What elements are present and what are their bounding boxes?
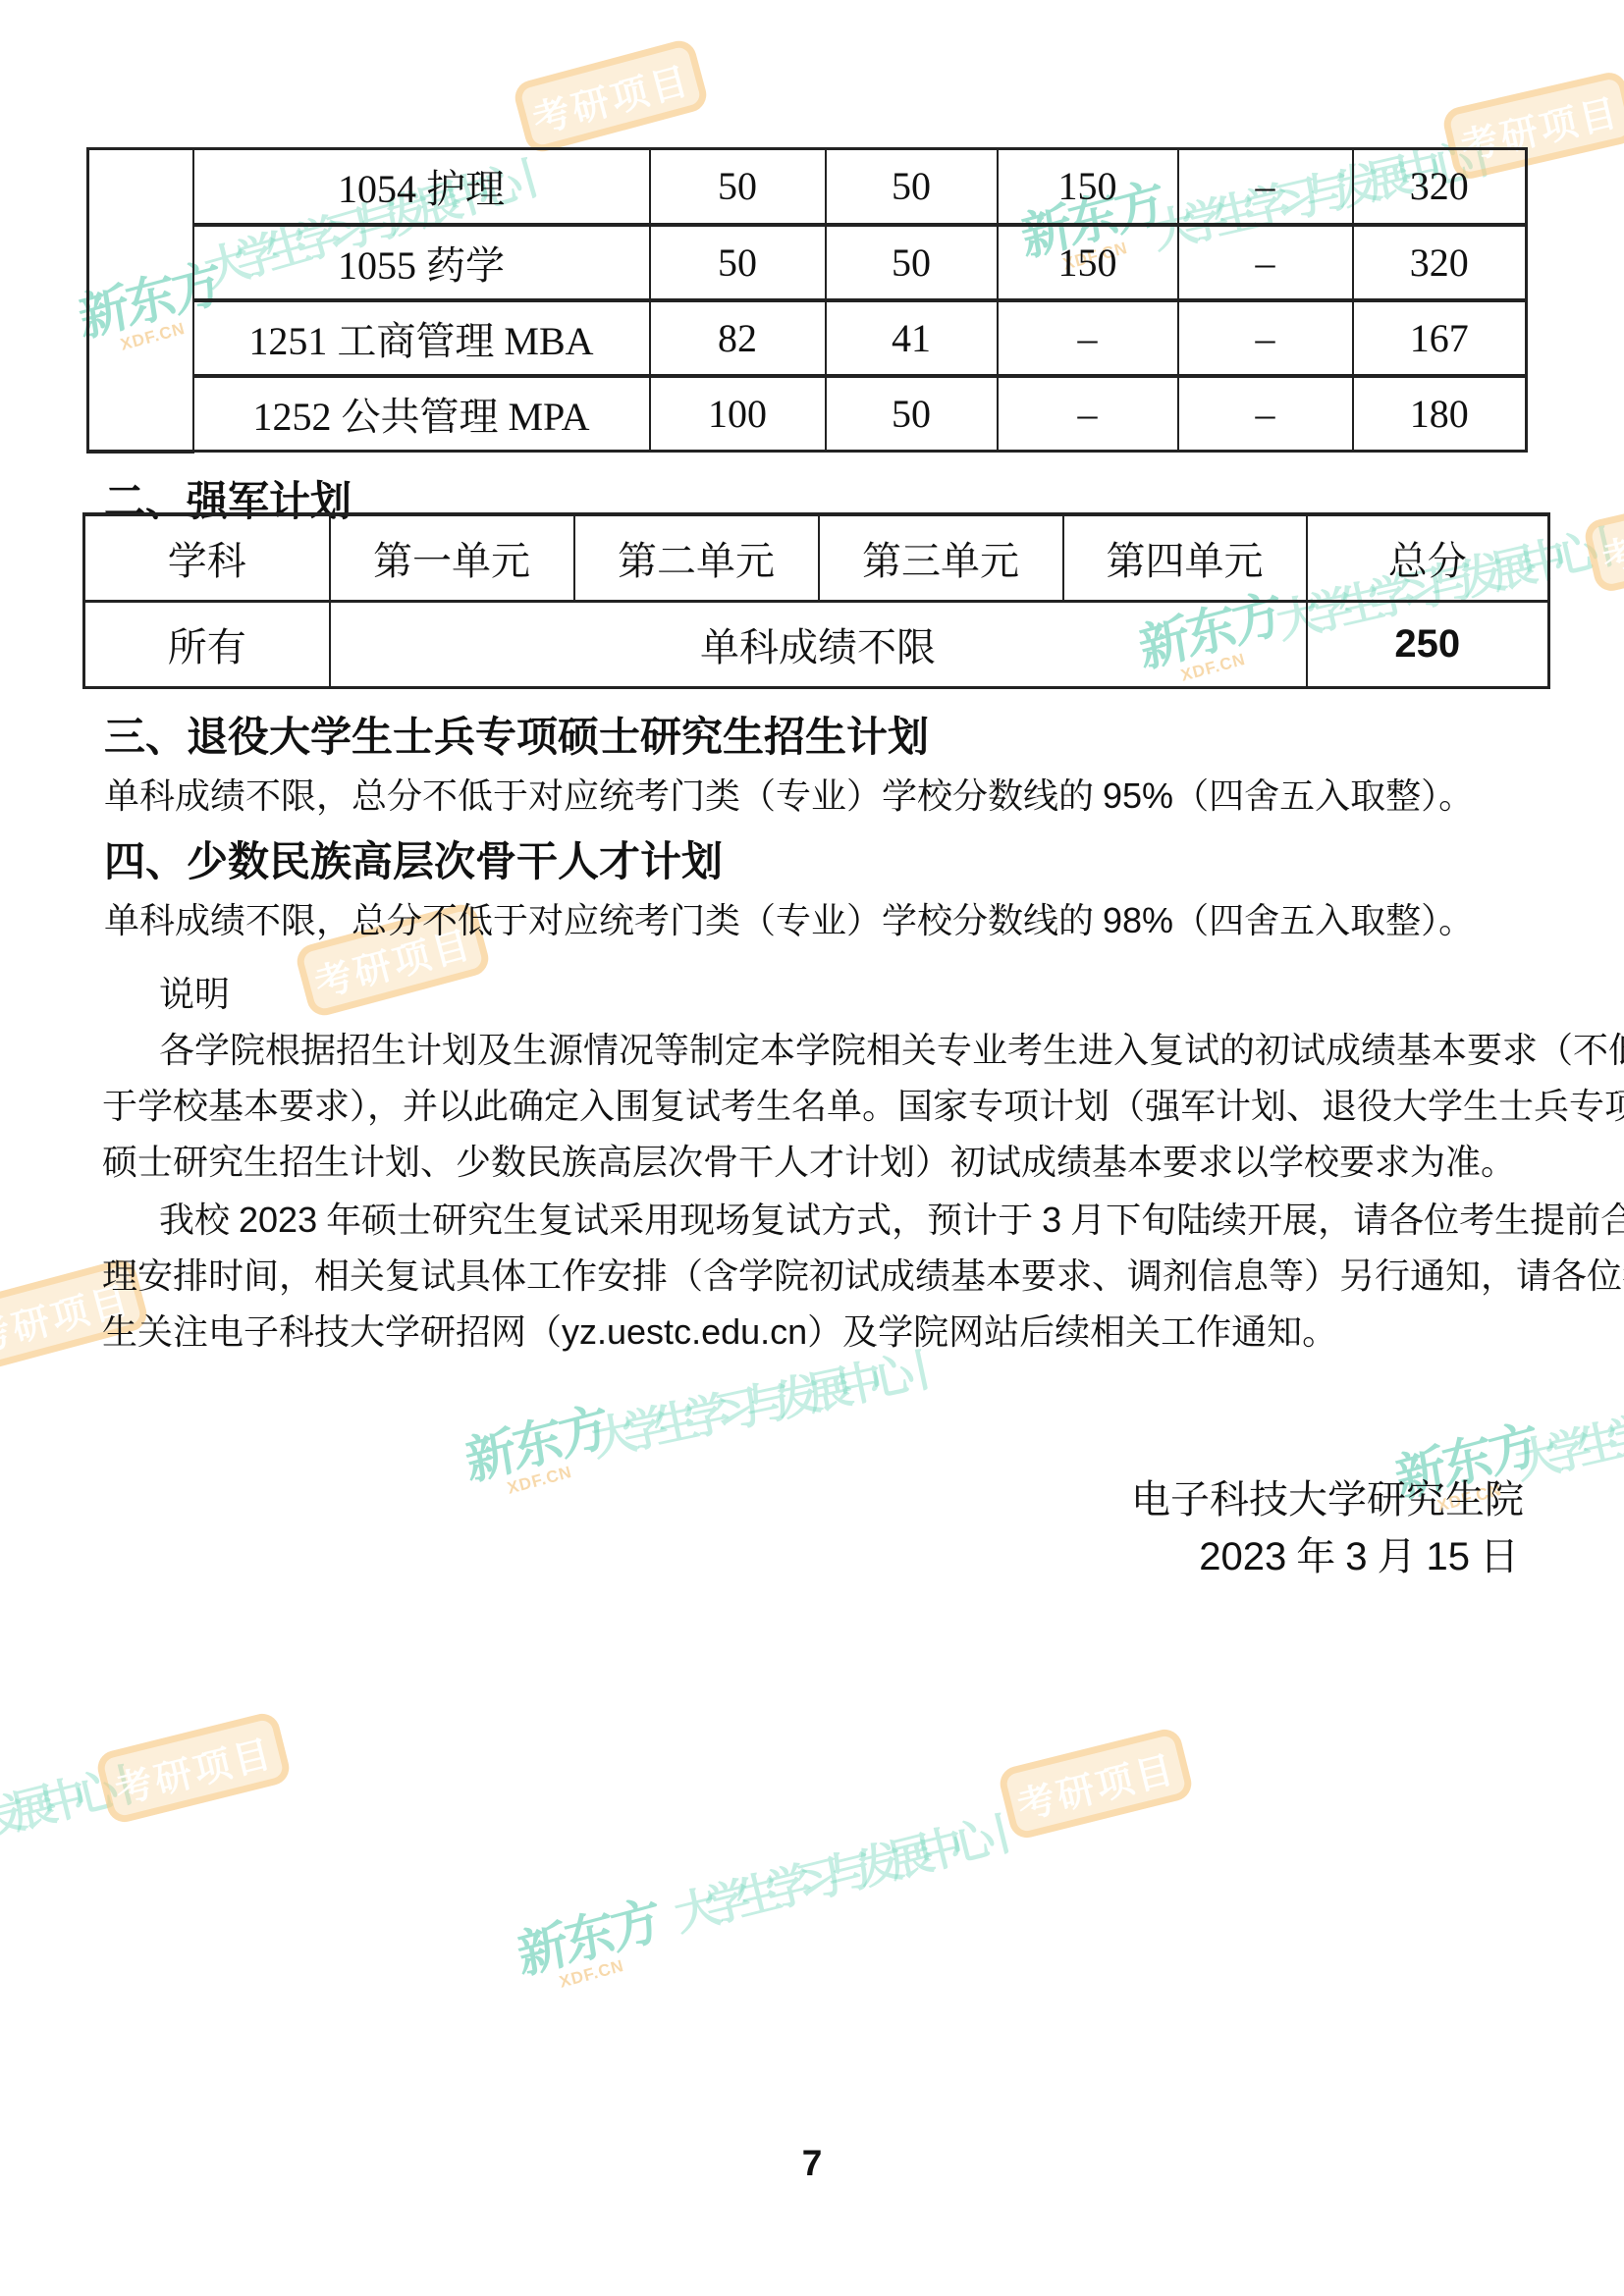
text-segment: 3 bbox=[1042, 1200, 1061, 1240]
program-cell: 1252 公共管理 MPA bbox=[193, 376, 650, 452]
text-segment: 于学校基本要求），并以此确定入围复试考生名单。国家专项计划（强军计划、退役大学生… bbox=[102, 1087, 1624, 1126]
column-header: 第一单元 bbox=[330, 514, 574, 601]
qiangjun-plan-table: 学科第一单元第二单元第三单元第四单元总分所有单科成绩不限250 bbox=[82, 512, 1550, 689]
signature-date: 2023 年 3 月 15 日 bbox=[1199, 1525, 1519, 1581]
section4-body: 单科成绩不限，总分不低于对应统考门类（专业）学校分数线的 98%（四舍五入取整）… bbox=[104, 893, 1474, 943]
column-header: 学科 bbox=[84, 514, 330, 601]
score-cell: 167 bbox=[1353, 300, 1527, 376]
score-cell: 50 bbox=[826, 376, 998, 452]
column-header: 第四单元 bbox=[1063, 514, 1307, 601]
paragraph-line: 生关注电子科技大学研招网（yz.uestc.edu.cn）及学院网站后续相关工作… bbox=[102, 1305, 1337, 1355]
text-segment: 年 bbox=[1286, 1534, 1345, 1578]
score-cell: 50 bbox=[650, 149, 826, 225]
score-cell: – bbox=[998, 300, 1178, 376]
table-row: 所有单科成绩不限250 bbox=[84, 601, 1549, 687]
column-header: 总分 bbox=[1307, 514, 1549, 601]
score-cell: 41 bbox=[826, 300, 998, 376]
score-cell: – bbox=[1178, 300, 1353, 376]
paragraph-line: 各学院根据招生计划及生源情况等制定本学院相关专业考生进入复试的初试成绩基本要求（… bbox=[159, 1023, 1624, 1073]
paragraph-line: 于学校基本要求），并以此确定入围复试考生名单。国家专项计划（强军计划、退役大学生… bbox=[102, 1079, 1624, 1129]
score-cell: 150 bbox=[998, 149, 1178, 225]
text-segment: 2023 bbox=[1199, 1535, 1286, 1578]
score-cell: 50 bbox=[826, 149, 998, 225]
section3-body-text: 单科成绩不限，总分不低于对应统考门类（专业）学校分数线的 bbox=[104, 776, 1103, 816]
section3-body-tail: （四舍五入取整）。 bbox=[1173, 776, 1474, 816]
program-cell: 1054 护理 bbox=[193, 149, 650, 225]
score-cell: – bbox=[1178, 149, 1353, 225]
score-cell: 320 bbox=[1353, 225, 1527, 300]
section3-body: 单科成绩不限，总分不低于对应统考门类（专业）学校分数线的 95%（四舍五入取整）… bbox=[104, 769, 1474, 819]
score-cell: 50 bbox=[826, 225, 998, 300]
paragraph-line: 硕士研究生招生计划、少数民族高层次骨干人才计划）初试成绩基本要求以学校要求为准。 bbox=[102, 1135, 1516, 1185]
section4-body-tail: （四舍五入取整）。 bbox=[1173, 901, 1474, 940]
score-cell: – bbox=[1178, 225, 1353, 300]
paragraph-line: 我校 2023 年硕士研究生复试采用现场复试方式，预计于 3 月下旬陆续开展，请… bbox=[159, 1193, 1624, 1243]
total-cell: 250 bbox=[1307, 601, 1549, 687]
column-header: 第二单元 bbox=[574, 514, 819, 601]
score-cell: 150 bbox=[998, 225, 1178, 300]
section4-heading: 四、少数民族高层次骨干人才计划 bbox=[104, 829, 723, 888]
subject-cell: 所有 bbox=[84, 601, 330, 687]
text-segment: 月下旬陆续开展，请各位考生提前合 bbox=[1061, 1201, 1624, 1240]
text-segment: 15 bbox=[1427, 1535, 1471, 1578]
section4-body-text: 单科成绩不限，总分不低于对应统考门类（专业）学校分数线的 bbox=[104, 901, 1103, 940]
text-segment: 硕士研究生招生计划、少数民族高层次骨干人才计划）初试成绩基本要求以学校要求为准。 bbox=[102, 1143, 1516, 1182]
text-segment: 月 bbox=[1368, 1534, 1427, 1578]
table-row: 1251 工商管理 MBA8241––167 bbox=[88, 300, 1527, 376]
score-cell: 82 bbox=[650, 300, 826, 376]
notes-label: 说明 bbox=[159, 967, 230, 1017]
text-segment: 2023 bbox=[239, 1200, 317, 1240]
program-cell: 1251 工商管理 MBA bbox=[193, 300, 650, 376]
column-header: 第三单元 bbox=[819, 514, 1063, 601]
text-segment: 我校 bbox=[159, 1201, 239, 1240]
score-cell: – bbox=[998, 376, 1178, 452]
section4-percent: 98% bbox=[1103, 900, 1173, 940]
score-cell: 50 bbox=[650, 225, 826, 300]
text-segment: 生关注电子科技大学研招网（ bbox=[102, 1312, 562, 1352]
score-cell: 180 bbox=[1353, 376, 1527, 452]
score-note-cell: 单科成绩不限 bbox=[330, 601, 1307, 687]
program-cell: 1055 药学 bbox=[193, 225, 650, 300]
score-cell: – bbox=[1178, 376, 1353, 452]
score-table-continued: 1054 护理5050150–3201055 药学5050150–3201251… bbox=[86, 147, 1528, 454]
signature-org: 电子科技大学研究生院 bbox=[1131, 1468, 1524, 1524]
paragraph-line: 理安排时间，相关复试具体工作安排（含学院初试成绩基本要求、调剂信息等）另行通知，… bbox=[102, 1249, 1624, 1299]
text-segment: 日 bbox=[1470, 1534, 1519, 1578]
section3-percent: 95% bbox=[1103, 775, 1173, 816]
text-segment: 各学院根据招生计划及生源情况等制定本学院相关专业考生进入复试的初试成绩基本要求（… bbox=[159, 1031, 1624, 1070]
text-segment: 年硕士研究生复试采用现场复试方式，预计于 bbox=[317, 1201, 1042, 1240]
text-segment: ）及学院网站后续相关工作通知。 bbox=[807, 1312, 1337, 1352]
table-row: 1055 药学5050150–320 bbox=[88, 225, 1527, 300]
text-segment: 理安排时间，相关复试具体工作安排（含学院初试成绩基本要求、调剂信息等）另行通知，… bbox=[102, 1256, 1624, 1296]
score-cell: 320 bbox=[1353, 149, 1527, 225]
table-row: 1252 公共管理 MPA10050––180 bbox=[88, 376, 1527, 452]
score-cell: 100 bbox=[650, 376, 826, 452]
text-segment: 3 bbox=[1345, 1535, 1367, 1578]
table-row: 1054 护理5050150–320 bbox=[88, 149, 1527, 225]
section3-heading: 三、退役大学生士兵专项硕士研究生招生计划 bbox=[104, 705, 929, 764]
header-row: 学科第一单元第二单元第三单元第四单元总分 bbox=[84, 514, 1549, 601]
text-segment: yz.uestc.edu.cn bbox=[562, 1311, 807, 1352]
page-number: 7 bbox=[0, 2143, 1624, 2184]
document-page: 新东方XDF.CN大学生学习与发展中心丨考研项目新东方XDF.CN大学生学习与发… bbox=[0, 0, 1624, 2296]
category-cell bbox=[88, 149, 193, 452]
